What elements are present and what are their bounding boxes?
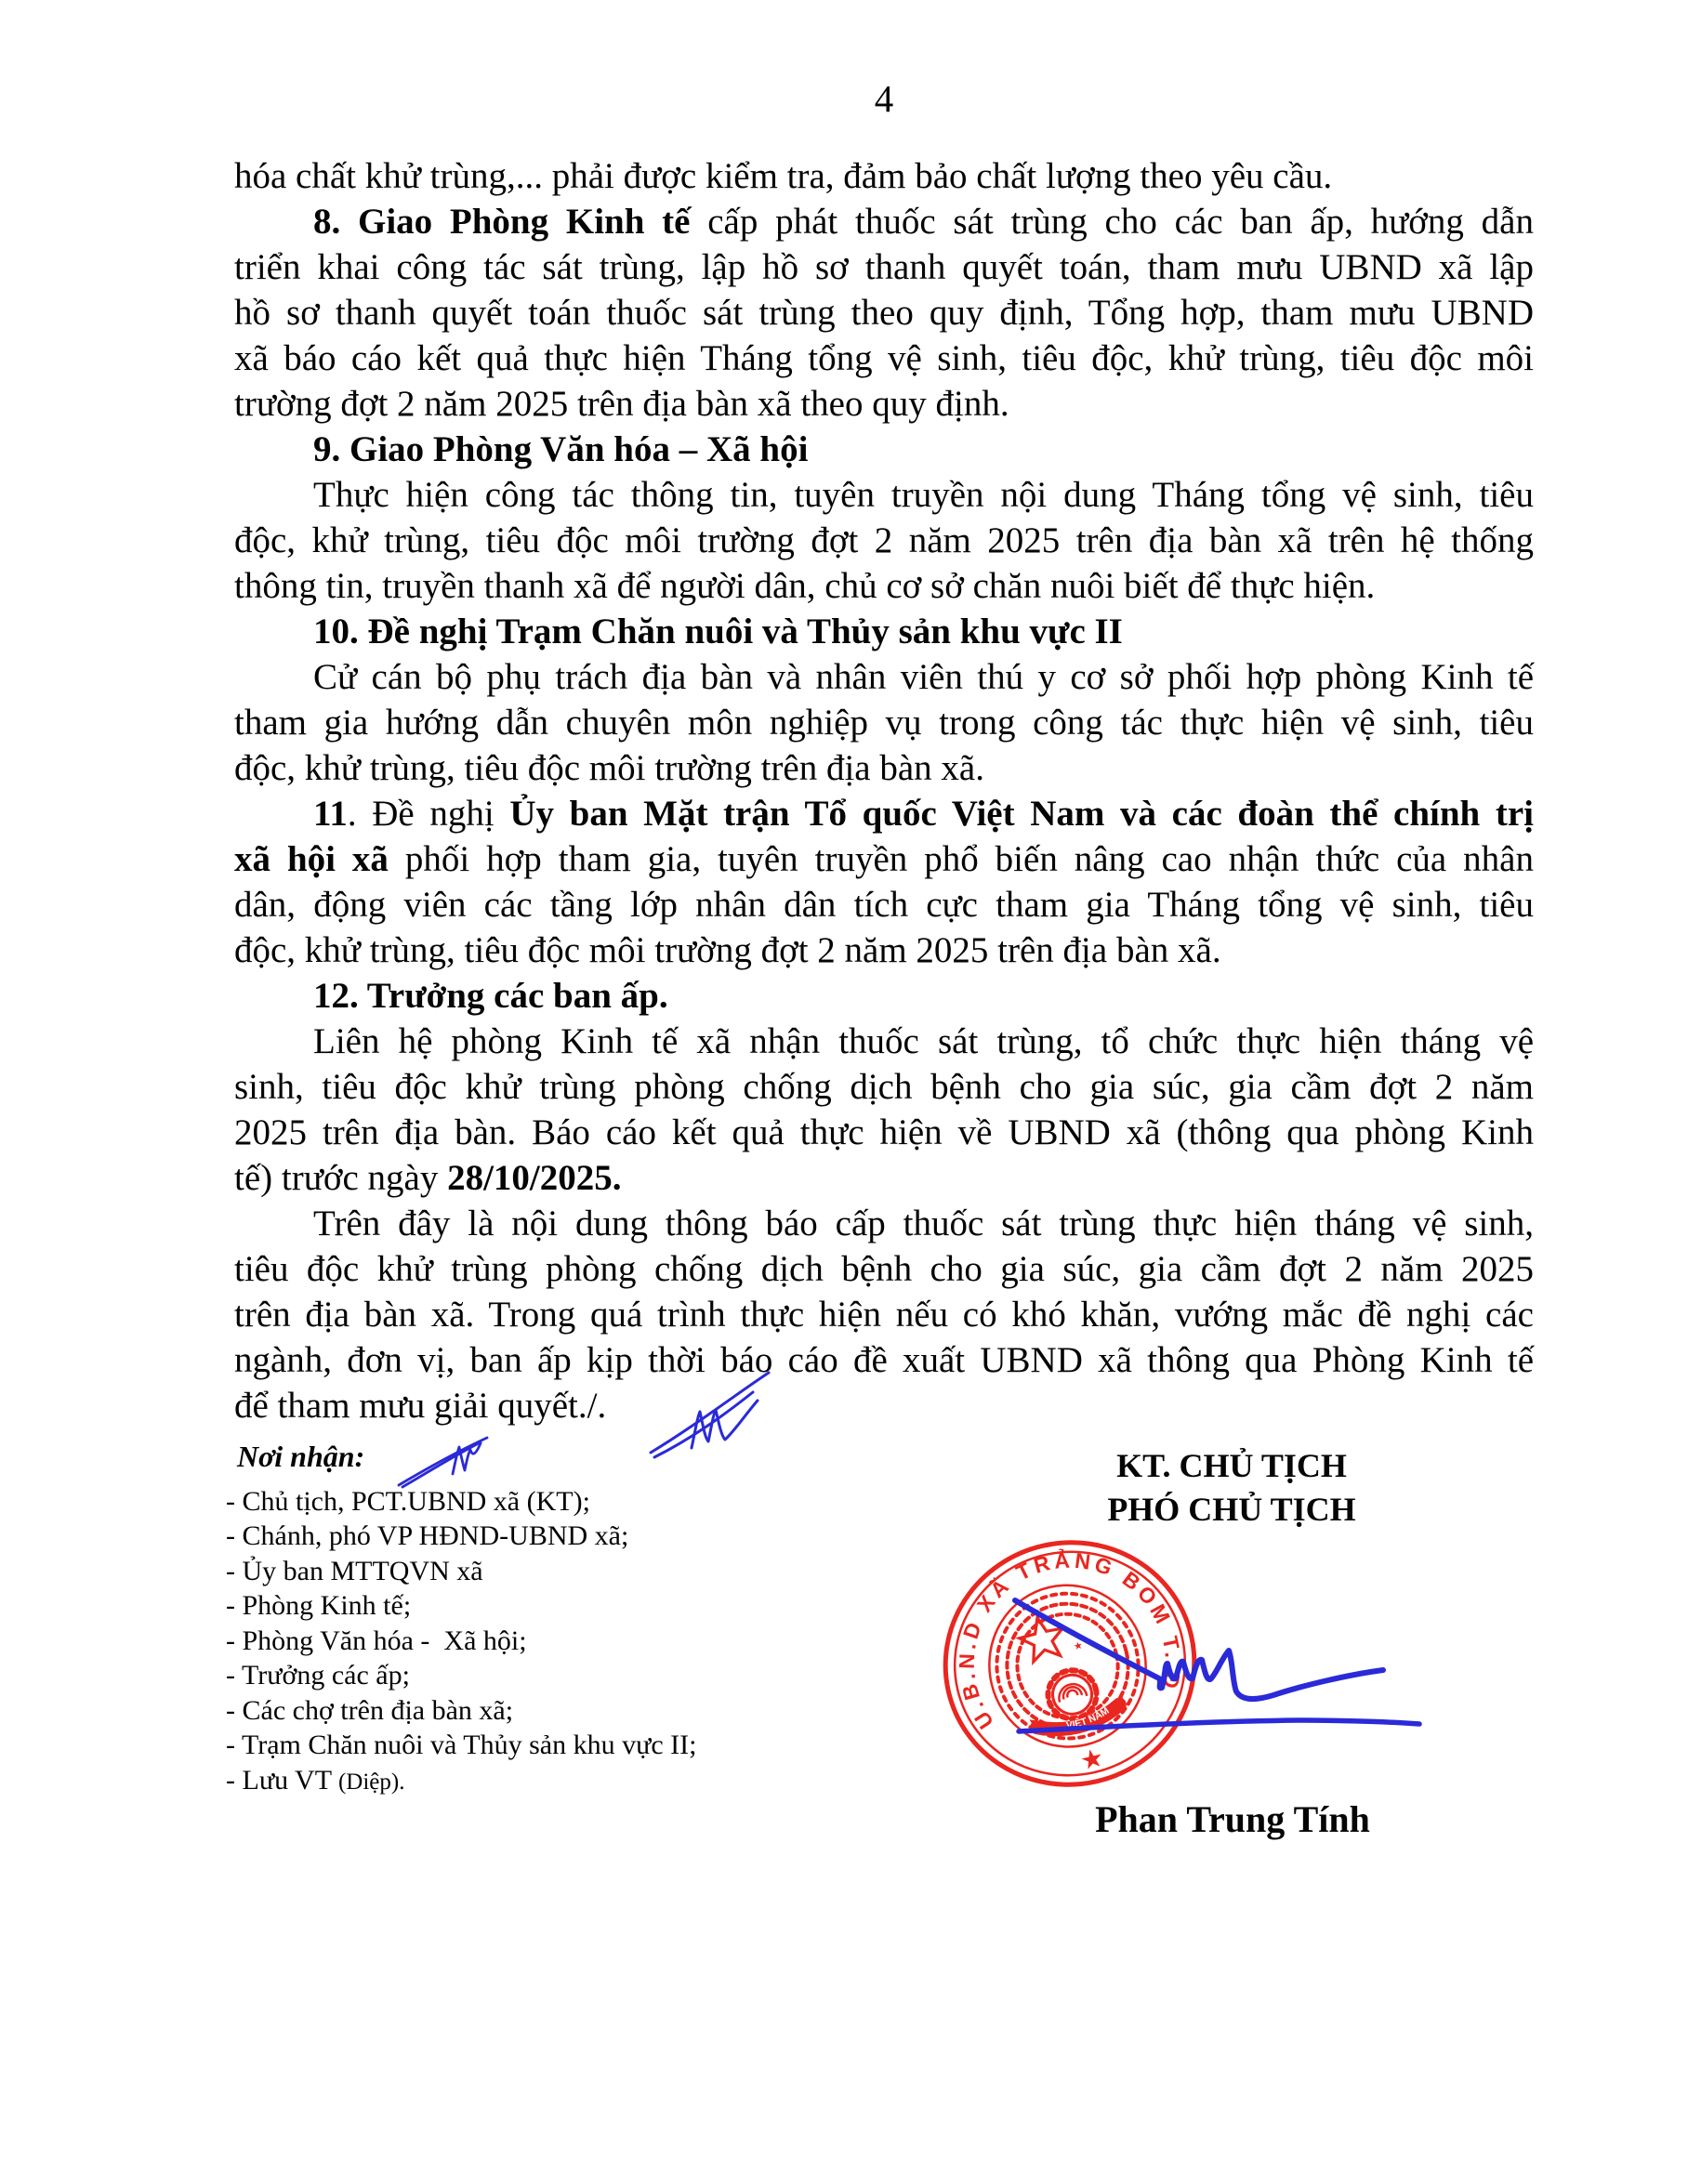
body-line: Cử cán bộ phụ trách địa bàn và nhân viên…: [234, 654, 1534, 700]
body-text-bold-run: 11: [313, 794, 348, 834]
body-line: 10. Đề nghị Trạm Chăn nuôi và Thủy sản k…: [234, 609, 1534, 654]
recipient-item: - Phòng Văn hóa - Xã hội;: [226, 1624, 839, 1659]
recipients-label: Nơi nhận:: [237, 1440, 839, 1475]
body-line: 9. Giao Phòng Văn hóa – Xã hội: [234, 427, 1534, 472]
emblem-gear-arc-3: [1066, 1690, 1077, 1697]
recipient-item: - Trạm Chăn nuôi và Thủy sản khu vực II;: [226, 1728, 839, 1763]
body-text-run: xã báo cáo kết quả thực hiện Tháng tổng …: [234, 338, 1534, 378]
page-number: 4: [234, 76, 1534, 121]
seal-star-separator-icon: ★: [1077, 1743, 1106, 1777]
body-text-run: dân, động viên các tầng lớp nhân dân tíc…: [234, 885, 1534, 925]
recipient-item-text: - Ủy ban MTTQVN xã: [226, 1556, 483, 1586]
recipient-item: - Phòng Kinh tế;: [226, 1588, 839, 1624]
signer-name: Phan Trung Tính: [1021, 1797, 1444, 1841]
body-line: độc, khử trùng, tiêu độc môi trường đợt …: [234, 518, 1534, 563]
recipient-item: - Chánh, phó VP HĐND-UBND xã;: [226, 1519, 839, 1554]
signer-title-block: KT. CHỦ TỊCH PHÓ CHỦ TỊCH: [1022, 1444, 1441, 1532]
body-text-run: Trên đây là nội dung thông báo cấp thuốc…: [313, 1204, 1534, 1243]
body-text-bold-run: 8. Giao Phòng Kinh tế: [313, 202, 690, 242]
body-text-run: tiêu độc khử trùng phòng chống dịch bệnh…: [234, 1249, 1534, 1289]
body-line: trên địa bàn xã. Trong quá trình thực hi…: [234, 1292, 1534, 1337]
body-text-bold-run: 10. Đề nghị Trạm Chăn nuôi và Thủy sản k…: [313, 612, 1123, 651]
body-text-bold-run: 9. Giao Phòng Văn hóa – Xã hội: [313, 429, 808, 469]
body-text-run: độc, khử trùng, tiêu độc môi trường đợt …: [234, 520, 1534, 560]
body-text-run: Liên hệ phòng Kinh tế xã nhận thuốc sát …: [313, 1021, 1534, 1061]
body-text-run: 2025 trên địa bàn. Báo cáo kết quả thực …: [234, 1112, 1534, 1152]
recipient-item: - Chủ tịch, PCT.UBND xã (KT);: [226, 1484, 839, 1520]
body-line: thông tin, truyền thanh xã để người dân,…: [234, 563, 1534, 609]
body-line: tham gia hướng dẫn chuyên môn nghiệp vụ …: [234, 700, 1534, 745]
body-text-run: Thực hiện công tác thông tin, tuyên truy…: [313, 475, 1534, 515]
body-text-run: trên địa bàn xã. Trong quá trình thực hi…: [234, 1295, 1534, 1335]
recipient-item-text: - Phòng Kinh tế;: [226, 1590, 411, 1621]
body-text-run: tham gia hướng dẫn chuyên môn nghiệp vụ …: [234, 703, 1534, 743]
recipient-item: - Các chợ trên địa bàn xã;: [226, 1693, 839, 1729]
body-line: xã hội xã phối hợp tham gia, tuyên truyề…: [234, 836, 1534, 882]
body-text-run: để tham mưu giải quyết./.: [234, 1386, 606, 1426]
body-line: Thực hiện công tác thông tin, tuyên truy…: [234, 472, 1534, 518]
body-line: tế) trước ngày 28/10/2025.: [234, 1155, 1534, 1201]
body-line: độc, khử trùng, tiêu độc môi trường trên…: [234, 745, 1534, 791]
body-line: 11. Đề nghị Ủy ban Mặt trận Tổ quốc Việt…: [234, 791, 1534, 836]
recipient-item-text: - Các chợ trên địa bàn xã;: [226, 1695, 513, 1726]
recipient-item-note: (Diệp).: [338, 1770, 405, 1795]
recipient-item: - Lưu VT (Diệp).: [226, 1763, 839, 1800]
recipient-item-text: - Chánh, phó VP HĐND-UBND xã;: [226, 1520, 628, 1551]
recipient-item-text: - Trạm Chăn nuôi và Thủy sản khu vực II;: [226, 1730, 697, 1760]
body-line: hồ sơ thanh quyết toán thuốc sát trùng t…: [234, 290, 1534, 335]
body-text-run: hồ sơ thanh quyết toán thuốc sát trùng t…: [234, 293, 1534, 333]
body-line: 12. Trưởng các ban ấp.: [234, 973, 1534, 1019]
body-line: để tham mưu giải quyết./.: [234, 1383, 1534, 1428]
body-text-run: phối hợp tham gia, tuyên truyền phổ biến…: [389, 839, 1534, 879]
body-line: dân, động viên các tầng lớp nhân dân tíc…: [234, 882, 1534, 928]
body-text-run: trường đợt 2 năm 2025 trên địa bàn xã th…: [234, 384, 1009, 424]
body-line: ngành, đơn vị, ban ấp kịp thời báo cáo đ…: [234, 1337, 1534, 1383]
document-page: 4 hóa chất khử trùng,... phải được kiểm …: [0, 0, 1688, 2184]
body-line: Liên hệ phòng Kinh tế xã nhận thuốc sát …: [234, 1019, 1534, 1064]
body-line: trường đợt 2 năm 2025 trên địa bàn xã th…: [234, 381, 1534, 427]
signer-title-line-1: KT. CHỦ TỊCH: [1022, 1444, 1441, 1488]
seal-ring-text-holder: U.B.N.D XÃ TRẢNG BOM T. ĐỒNG NAI: [938, 1536, 1194, 1746]
recipient-item-text: - Lưu VT: [226, 1765, 338, 1796]
body-text-run: độc, khử trùng, tiêu độc môi trường trên…: [234, 748, 984, 788]
body-text-run: độc, khử trùng, tiêu độc môi trường đợt …: [234, 930, 1221, 970]
body-text-bold-run: Ủy ban Mặt trận Tổ quốc Việt Nam và các …: [509, 794, 1534, 834]
body-line: độc, khử trùng, tiêu độc môi trường đợt …: [234, 928, 1534, 973]
body-line: triển khai công tác sát trùng, lập hồ sơ…: [234, 244, 1534, 290]
signer-title-line-2: PHÓ CHỦ TỊCH: [1022, 1488, 1441, 1532]
body-text-run: tế) trước ngày: [234, 1158, 447, 1198]
body-text-run: hóa chất khử trùng,... phải được kiểm tr…: [234, 156, 1332, 196]
seal-ring-text: U.B.N.D XÃ TRẢNG BOM T. ĐỒNG NAI: [938, 1536, 1194, 1746]
body-text-run: . Đề nghị: [348, 794, 509, 834]
body-line: tiêu độc khử trùng phòng chống dịch bệnh…: [234, 1246, 1534, 1292]
official-seal-icon: U.B.N.D XÃ TRẢNG BOM T. ĐỒNG NAI ★ ★ VIỆ…: [938, 1536, 1202, 1791]
recipient-item: - Ủy ban MTTQVN xã: [226, 1554, 839, 1589]
body-text-bold-run: xã hội xã: [234, 839, 389, 879]
body-text-run: Cử cán bộ phụ trách địa bàn và nhân viên…: [313, 657, 1534, 697]
recipients-section: Nơi nhận: - Chủ tịch, PCT.UBND xã (KT);-…: [226, 1440, 839, 1799]
body-text-run: ngành, đơn vị, ban ấp kịp thời báo cáo đ…: [234, 1340, 1534, 1380]
body-line: 8. Giao Phòng Kinh tế cấp phát thuốc sát…: [234, 199, 1534, 244]
recipients-list: - Chủ tịch, PCT.UBND xã (KT);- Chánh, ph…: [226, 1484, 839, 1800]
body-text-run: sinh, tiêu độc khử trùng phòng chống dịc…: [234, 1067, 1534, 1107]
recipient-item: - Trưởng các ấp;: [226, 1658, 839, 1693]
emblem-small-star-icon: ★: [1073, 1640, 1084, 1653]
recipient-item-text: - Chủ tịch, PCT.UBND xã (KT);: [226, 1486, 590, 1517]
body-text-run: cấp phát thuốc sát trùng cho các ban ấp,…: [690, 202, 1534, 242]
body-text-run: triển khai công tác sát trùng, lập hồ sơ…: [234, 247, 1534, 287]
body-line: hóa chất khử trùng,... phải được kiểm tr…: [234, 153, 1534, 199]
body-text-bold-run: 12. Trưởng các ban ấp.: [313, 976, 668, 1016]
body-line: Trên đây là nội dung thông báo cấp thuốc…: [234, 1201, 1534, 1246]
document-body: hóa chất khử trùng,... phải được kiểm tr…: [234, 153, 1534, 1428]
body-line: sinh, tiêu độc khử trùng phòng chống dịc…: [234, 1064, 1534, 1110]
body-text-run: thông tin, truyền thanh xã để người dân,…: [234, 566, 1375, 606]
body-line: xã báo cáo kết quả thực hiện Tháng tổng …: [234, 335, 1534, 381]
recipient-item-text: - Trưởng các ấp;: [226, 1660, 410, 1691]
body-text-bold-run: 28/10/2025.: [447, 1158, 621, 1198]
recipient-item-text: - Phòng Văn hóa - Xã hội;: [226, 1625, 527, 1656]
body-line: 2025 trên địa bàn. Báo cáo kết quả thực …: [234, 1110, 1534, 1155]
